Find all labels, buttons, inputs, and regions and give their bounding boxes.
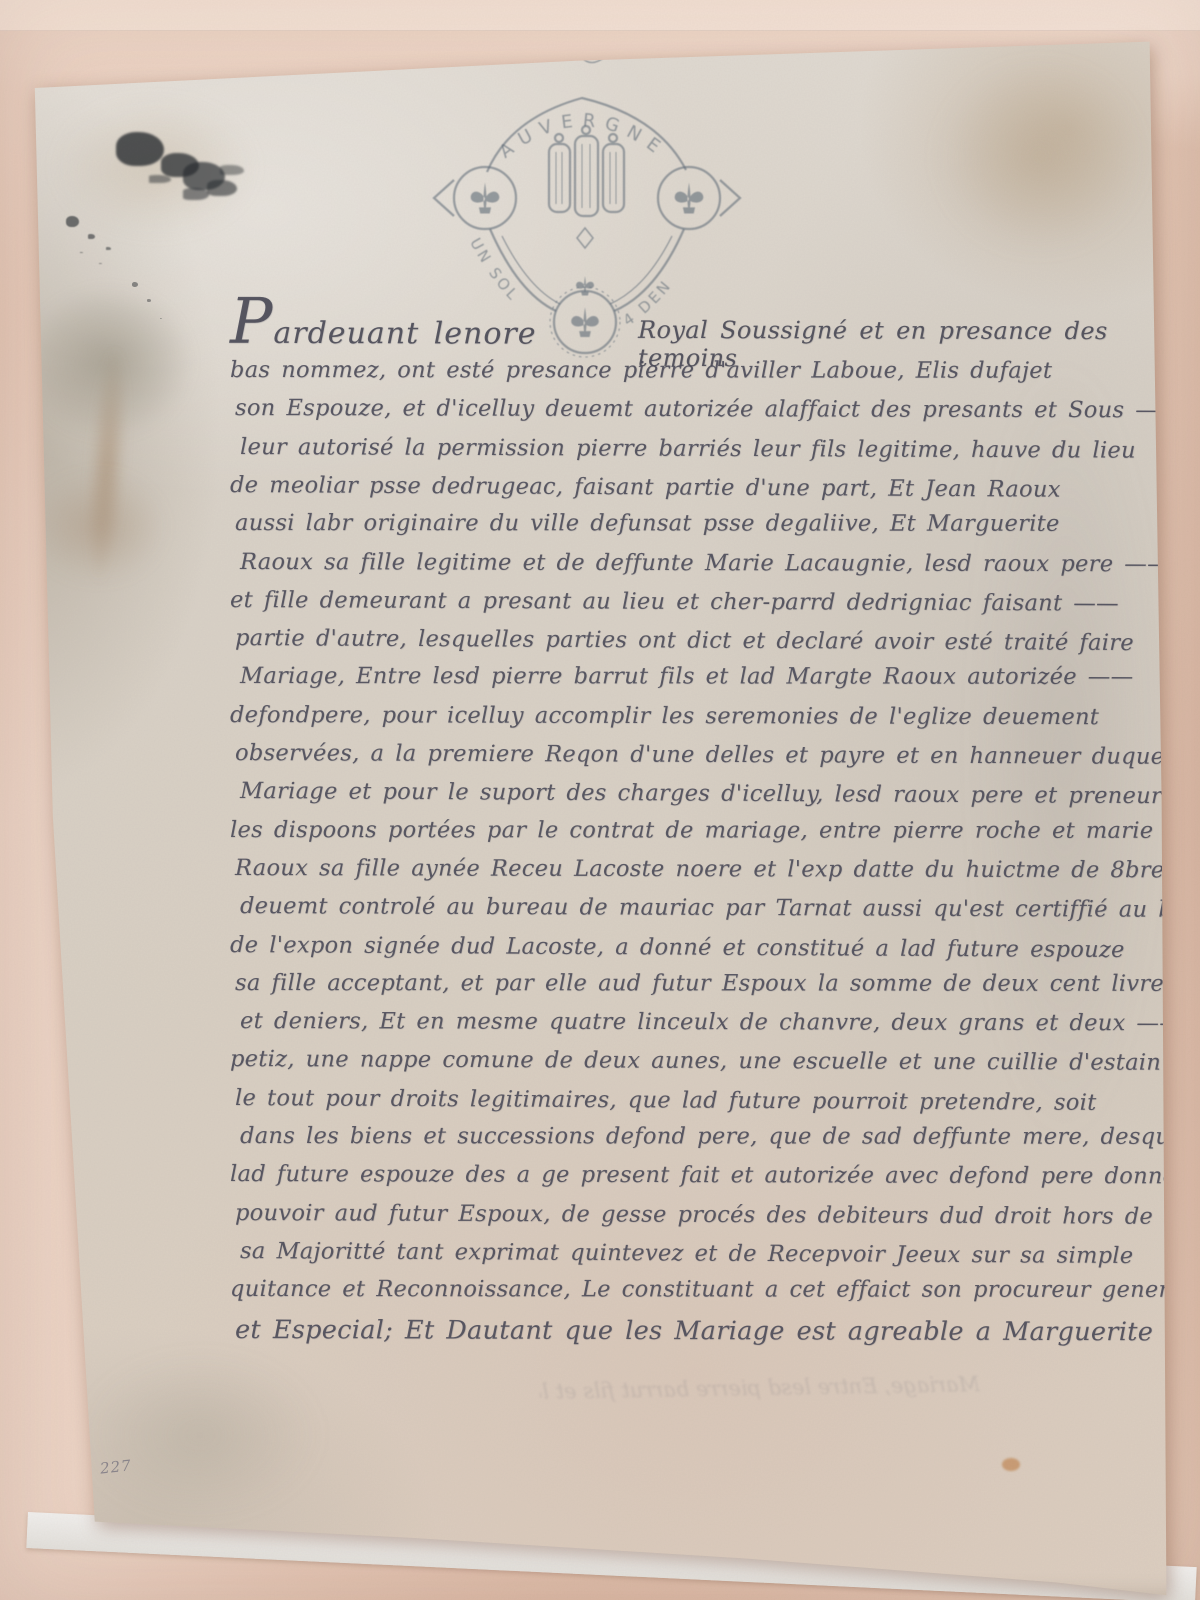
- page-number-mark: 227: [99, 1456, 132, 1477]
- fleur-de-lis-icon: [471, 182, 500, 213]
- stain: [18, 462, 178, 592]
- manuscript-line: dans les biens et successions defond per…: [240, 1123, 1200, 1150]
- manuscript-line: aussi labr originaire du ville defunsat …: [235, 510, 1060, 537]
- manuscript-line: Raoux sa fille legitime et de deffunte M…: [240, 549, 1170, 577]
- manuscript-line: Mariage, Entre lesd pierre barrut fils e…: [240, 663, 1133, 690]
- stain: [8, 272, 208, 452]
- manuscript-line: partie d'autre, lesquelles parties ont d…: [235, 625, 1134, 656]
- manuscript-line: et Especial; Et Dautant que les Mariage …: [235, 1315, 1153, 1347]
- opening-word: Pardeuant lenore: [230, 305, 537, 352]
- water-stain: [76, 324, 137, 606]
- document-sheet-wrap: AUVERGNE UN SOL 4 DEN Pardeuant lenore R…: [0, 0, 1200, 1600]
- manuscript-line: defondpere, pour icelluy accomplir les s…: [230, 702, 1099, 730]
- manuscript-line: Raoux sa fille aynée Receu Lacoste noere…: [235, 855, 1200, 883]
- bleed-through-text: Mariage, Entre lesd pierre barrut fils e…: [540, 1372, 980, 1404]
- manuscript-line: et fille demeurant a presant au lieu et …: [230, 587, 1119, 617]
- ink-blot-dots: [66, 216, 79, 227]
- ink-blot: [116, 132, 164, 166]
- stain: [30, 82, 280, 252]
- stain: [60, 1340, 340, 1530]
- photo-background: AUVERGNE UN SOL 4 DEN Pardeuant lenore R…: [0, 0, 1200, 1600]
- manuscript-line: de l'expon signée dud Lacoste, a donné e…: [230, 932, 1125, 963]
- fleur-de-lis-icon: [675, 182, 704, 213]
- ink-specks: [132, 282, 138, 287]
- manuscript-line: Mariage et pour le suport des charges d'…: [240, 778, 1162, 809]
- manuscript-line: les dispoons portées par le contrat de m…: [230, 817, 1153, 844]
- stamp-bundles: [549, 126, 624, 216]
- manuscript-line: le tout pour droits legitimaires, que la…: [235, 1085, 1097, 1116]
- rust-speck: [1002, 1458, 1020, 1471]
- manuscript-line: deuemt controlé au bureau de mauriac par…: [240, 893, 1199, 923]
- manuscript-line: leur autorisé la permission pierre barri…: [240, 434, 1136, 464]
- manuscript-line: son Espouze, et d'icelluy deuemt autoriz…: [235, 395, 1181, 423]
- manuscript-line: lad future espouze des a ge present fait…: [230, 1161, 1176, 1189]
- manuscript-line: et deniers, Et en mesme quatre linceulx …: [240, 1008, 1182, 1036]
- document-sheet: AUVERGNE UN SOL 4 DEN Pardeuant lenore R…: [0, 0, 1200, 1600]
- manuscript-line: bas nommez, ont esté presance pierre d'a…: [230, 357, 1052, 384]
- manuscript-line: observées, a la premiere Reqon d'une del…: [235, 740, 1200, 770]
- manuscript-line: pouvoir aud futur Espoux, de gesse procé…: [235, 1200, 1153, 1230]
- stain: [915, 42, 1165, 272]
- manuscript-line: de meoliar psse dedrugeac, faisant parti…: [230, 472, 1061, 503]
- stamp-denomination-left: UN SOL: [466, 235, 523, 305]
- manuscript-line: sa fille acceptant, et par elle aud futu…: [235, 970, 1176, 997]
- manuscript-line: petiz, une nappe comune de deux aunes, u…: [230, 1046, 1200, 1076]
- manuscript-line: sa Majoritté tant exprimat quintevez et …: [240, 1238, 1134, 1269]
- manuscript-line: quitance et Reconnoissance, Le constitua…: [230, 1276, 1191, 1303]
